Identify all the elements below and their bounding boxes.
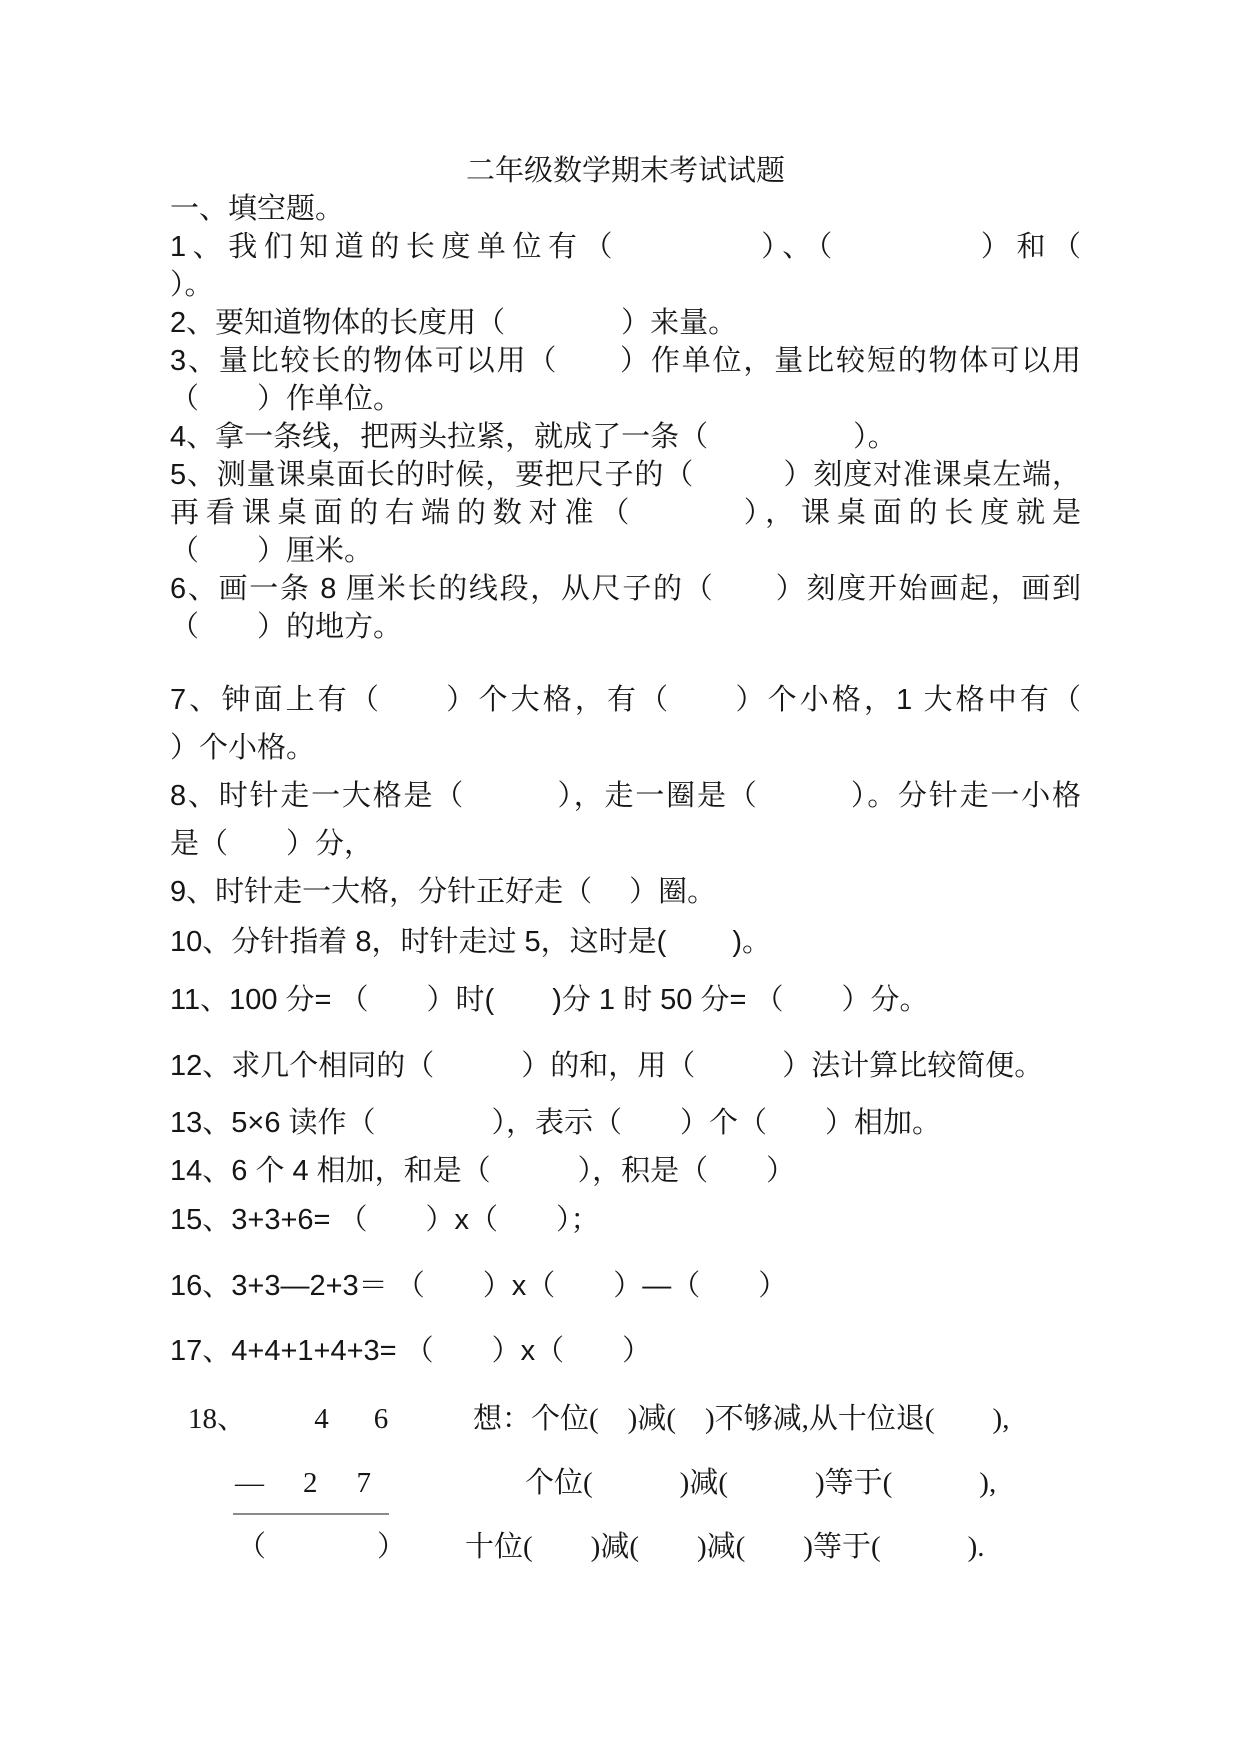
question-18-row-1: 18、 4 6 想：个位( )减( )不够减,从十位退( ), xyxy=(170,1387,1081,1451)
question-5-line-1: 5、测量课桌面长的时候，要把尺子的（ ）刻度对准课桌左端， xyxy=(170,456,1081,494)
question-5-line-2: 再看课桌面的右端的数对准（ ），课桌面的长度就是 xyxy=(170,494,1081,532)
q18-difference-blank: （ ） xyxy=(237,1515,412,1579)
question-17: 17、4+4+1+4+3= （ ）x（ ） xyxy=(170,1327,1081,1375)
q18-think-line-2: 个位( )减( )等于( ), xyxy=(525,1451,996,1515)
question-1-line-1: 1、我们知道的长度单位有（ ）、（ ）和（ xyxy=(170,228,1081,266)
question-14: 14、6 个 4 相加，和是（ ），积是（ ） xyxy=(170,1147,1081,1195)
question-11: 11、100 分= （ ）时( )分 1 时 50 分= （ ）分。 xyxy=(170,976,1081,1024)
question-16: 16、3+3—2+3＝ （ ）x（ ）—（ ） xyxy=(170,1262,1081,1310)
question-18-row-2: — 2 7 个位( )减( )等于( ), xyxy=(170,1451,1081,1515)
question-3-line-1: 3、量比较长的物体可以用（ ）作单位，量比较短的物体可以用 xyxy=(170,342,1081,380)
q18-think-line-1: 想：个位( )减( )不够减,从十位退( ), xyxy=(473,1387,1009,1451)
page-title: 二年级数学期末考试试题 xyxy=(170,152,1081,190)
question-6-line-1: 6、画一条 8 厘米长的线段，从尺子的（ ）刻度开始画起，画到 xyxy=(170,570,1081,608)
exam-page: 二年级数学期末考试试题 一、填空题。 1、我们知道的长度单位有（ ）、（ ）和（… xyxy=(0,0,1241,1754)
question-13: 13、5×6 读作（ ），表示（ ）个（ ）相加。 xyxy=(170,1099,1081,1147)
question-10: 10、分针指着 8，时针走过 5，这时是( )。 xyxy=(170,918,1081,966)
question-7-line-2: ）个小格。 xyxy=(170,724,1081,772)
q18-subtrahend-digits: — 2 7 xyxy=(235,1451,376,1515)
question-4: 4、拿一条线，把两头拉紧，就成了一条（ ）。 xyxy=(170,418,1081,456)
question-12: 12、求几个相同的（ ）的和，用（ ）法计算比较简便。 xyxy=(170,1042,1081,1090)
question-1-line-2: ）。 xyxy=(170,266,1081,304)
question-7-line-1: 7、钟面上有（ ）个大格，有（ ）个小格，1 大格中有（ xyxy=(170,676,1081,724)
question-18-row-3: （ ） 十位( )减( )减( )等于( ). xyxy=(170,1515,1081,1579)
question-8-line-1: 8、时针走一大格是（ ），走一圈是（ ）。分针走一小格 xyxy=(170,772,1081,820)
question-6-line-2: （ ）的地方。 xyxy=(170,608,1081,646)
section-heading: 一、填空题。 xyxy=(170,190,1081,228)
question-18: 18、 4 6 想：个位( )减( )不够减,从十位退( ), — 2 7 个位… xyxy=(170,1387,1081,1579)
q18-think-line-3: 十位( )减( )减( )等于( ). xyxy=(465,1515,985,1579)
question-9: 9、时针走一大格，分针正好走（ ）圈。 xyxy=(170,868,1081,916)
question-2: 2、要知道物体的长度用（ ）来量。 xyxy=(170,304,1081,342)
question-18-number: 18、 xyxy=(188,1387,250,1451)
q18-minuend-digits: 4 6 xyxy=(314,1387,396,1451)
question-3-line-2: （ ）作单位。 xyxy=(170,380,1081,418)
question-5-line-3: （ ）厘米。 xyxy=(170,532,1081,570)
question-8-line-2: 是（ ）分， xyxy=(170,820,1081,868)
question-15: 15、3+3+6= （ ）x（ ）； xyxy=(170,1196,1081,1244)
